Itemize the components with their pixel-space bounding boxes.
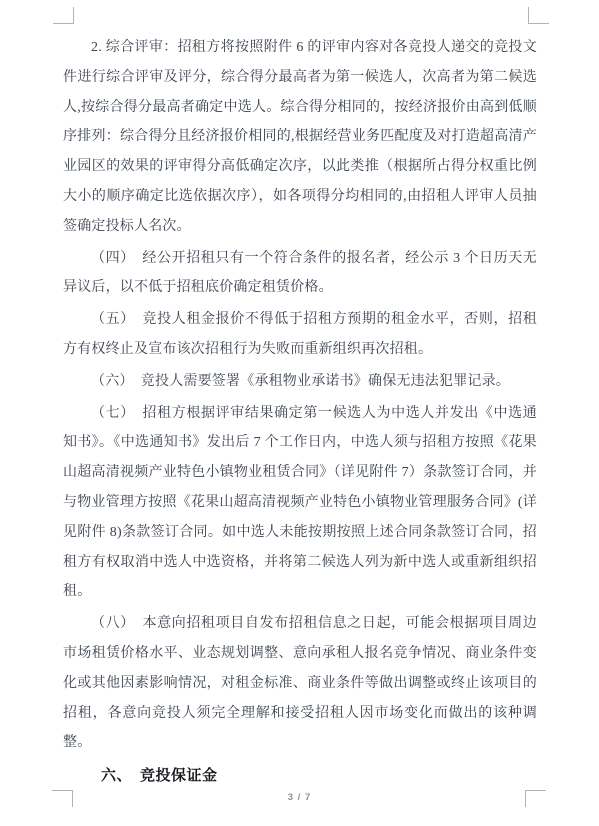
crop-mark-top-left (53, 7, 74, 24)
section-heading-bid-deposit: 六、 竞投保证金 (63, 761, 537, 791)
paragraph-clause-6: （六） 竞投人需要签署《承租物业承诺书》确保无违法犯罪记录。 (63, 367, 537, 397)
document-page: 2. 综合评审：招租方将按照附件 6 的评审内容对各竞投人递交的竞投文件进行综合… (0, 0, 599, 826)
paragraph-comprehensive-review: 2. 综合评审：招租方将按照附件 6 的评审内容对各竞投人递交的竞投文件进行综合… (63, 33, 537, 242)
paragraph-clause-8: （八） 本意向招租项目自发布招租信息之日起，可能会根据项目周边市场租赁价格水平、… (63, 609, 537, 758)
paragraph-clause-4: （四） 经公开招租只有一个符合条件的报名者，经公示 3 个日历天无异议后，以不低… (63, 244, 537, 304)
crop-mark-top-right (528, 7, 549, 24)
paragraph-clause-7: （七） 招租方根据评审结果确定第一候选人为中选人并发出《中选通知书》。《中选通知… (63, 399, 537, 608)
paragraph-clause-5: （五） 竞投人租金报价不得低于招租方预期的租金水平，否则，招租方有权终止及宣布该… (63, 305, 537, 365)
page-number: 3 / 7 (0, 792, 599, 803)
document-body: 2. 综合评审：招租方将按照附件 6 的评审内容对各竞投人递交的竞投文件进行综合… (63, 33, 537, 791)
